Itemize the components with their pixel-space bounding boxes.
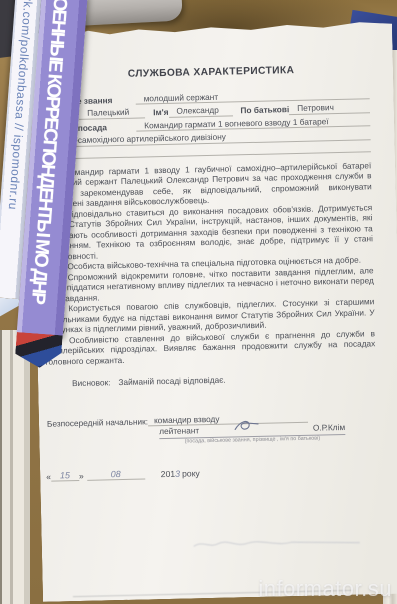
document-page: СЛУЖБОВА ХАРАКТЕРИСТИКА Військове звання… xyxy=(30,20,397,602)
paragraph-1: Командир гармати 1 взводу 1 гаубичної са… xyxy=(41,160,372,209)
body-paragraphs: Командир гармати 1 взводу 1 гаубичної са… xyxy=(41,160,375,367)
date-suffix: року xyxy=(180,468,200,479)
signature-block: Безпосередній начальник: командир взводу… xyxy=(47,410,378,448)
links-strip-tail xyxy=(0,297,19,323)
handwritten-signature xyxy=(233,419,261,436)
conclusion-line: Висновок:Займаній посаді відповідає. xyxy=(46,371,376,389)
dnr-flag-ribbon xyxy=(14,332,62,369)
photo-of-document: СЛУЖБОВА ХАРАКТЕРИСТИКА Військове звання… xyxy=(0,0,397,604)
bleed-through-marks xyxy=(192,533,362,558)
patronymic-label: По батькові xyxy=(232,104,289,116)
superior-name: О.Р.Клім xyxy=(313,422,345,433)
paper-stack-left-edge xyxy=(0,330,30,604)
informator-watermark: informator.su xyxy=(258,576,392,602)
name-value: Олександр xyxy=(168,104,232,117)
paragraph-6: Особливістю ставлення до військової служ… xyxy=(45,328,376,367)
close-quote: » xyxy=(79,470,84,481)
patronymic-value: Петрович xyxy=(289,101,370,114)
date-line: « 15 » 08 201 3 року xyxy=(46,463,378,482)
document-content: СЛУЖБОВА ХАРАКТЕРИСТИКА Військове звання… xyxy=(39,64,378,481)
superior-rank: лейтенант xyxy=(159,425,199,436)
date-month-handwritten: 08 xyxy=(87,468,145,481)
conclusion-label: Висновок: xyxy=(72,377,111,388)
surname-value: Палецький xyxy=(79,106,145,119)
date-year-printed: 201 xyxy=(161,468,176,479)
empty-rule-line xyxy=(41,151,371,159)
date-day-handwritten: 15 xyxy=(51,470,79,482)
conclusion-value: Займаній посаді відповідає. xyxy=(110,375,225,388)
paragraph-2: Відповідально ставиться до виконання пос… xyxy=(42,202,373,262)
name-label: Ім'я xyxy=(145,107,168,118)
superior-label: Безпосередній начальник: xyxy=(47,416,148,429)
document-title: СЛУЖБОВА ХАРАКТЕРИСТИКА xyxy=(53,64,369,82)
